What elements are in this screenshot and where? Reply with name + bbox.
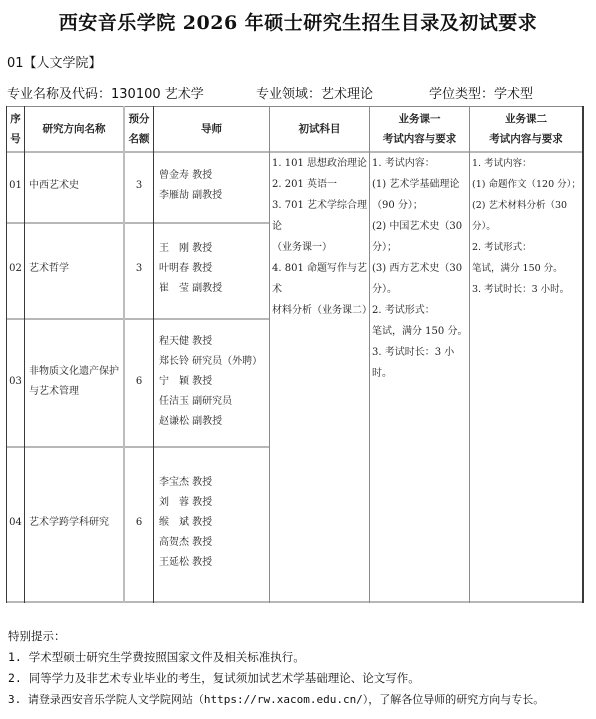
subject-line: 2. 201 英语一 [272, 174, 369, 195]
supervisor: 王 刚 教授 [159, 239, 269, 259]
row-supervisors: 程天健 教授 郑长铃 研究员（外聘） 宁 颖 教授 任洁玉 副研究员 赵谦松 副… [159, 332, 269, 432]
row-seq: 04 [7, 513, 24, 533]
note-item: 2. 同等学力及非艺术专业毕业的考生，复试须加试艺术学基础理论、论文写作。 [8, 668, 544, 689]
row-direction: 非物质文化遗产保护 与艺术管理 [29, 362, 123, 402]
row-direction: 中西艺术史 [29, 176, 123, 196]
row-quota: 6 [125, 513, 153, 533]
table-border-top [6, 106, 584, 107]
header-course1: 业务课一 考试内容与要求 [370, 109, 469, 149]
supervisor: 任洁玉 副研究员 [159, 392, 269, 412]
notes-heading: 特别提示： [8, 626, 544, 647]
course1-line: (1) 艺术学基础理论 [372, 174, 469, 195]
admission-catalog-table: 序 号 研究方向名称 预分 名额 导师 初试科目 业务课一 考试内容与要求 业务… [0, 0, 596, 719]
col-divider-quota [153, 106, 154, 603]
course2-line: (2) 艺术材料分析（30 分）。 [472, 195, 584, 237]
header-seq-line2: 号 [7, 129, 24, 149]
note-item: 3. 请登录西安音乐学院人文学院网站（https://rw.xacom.edu.… [8, 689, 544, 710]
col-divider-course1 [469, 106, 470, 603]
row-divider-2 [6, 318, 270, 320]
col-divider-subjects [369, 106, 370, 603]
supervisor: 李宝杰 教授 [159, 473, 269, 493]
course1-requirements: 1. 考试内容： (1) 艺术学基础理论 （90 分）； (2) 中国艺术史（3… [372, 153, 469, 384]
header-quota: 预分 名额 [125, 109, 153, 149]
header-course2-line2: 考试内容与要求 [470, 129, 582, 149]
header-supervisor: 导师 [154, 119, 269, 139]
col-divider-supervisor [269, 106, 270, 603]
supervisor: 郑长铃 研究员（外聘） [159, 352, 269, 372]
row-supervisors: 李宝杰 教授 刘 蓉 教授 缑 斌 教授 高贺杰 教授 王延松 教授 [159, 473, 269, 573]
row-seq: 02 [7, 259, 24, 279]
subject-line: 4. 801 命题写作与艺术 [272, 258, 369, 300]
course2-line: 3. 考试时长：3 小时。 [472, 279, 584, 300]
col-divider-seq [24, 106, 25, 603]
course2-line: 2. 考试形式： [472, 237, 584, 258]
supervisor: 崔 莹 副教授 [159, 279, 269, 299]
row-quota: 6 [125, 372, 153, 392]
course1-line: 2. 考试形式： [372, 300, 469, 321]
course1-line: 分）。 [372, 279, 469, 300]
supervisor: 赵谦松 副教授 [159, 412, 269, 432]
subject-line: （业务课一） [272, 237, 369, 258]
supervisor: 缑 斌 教授 [159, 513, 269, 533]
supervisor: 刘 蓉 教授 [159, 493, 269, 513]
header-course1-line2: 考试内容与要求 [370, 129, 469, 149]
header-quota-line2: 名额 [125, 129, 153, 149]
course1-line: (3) 西方艺术史（30 [372, 258, 469, 279]
subject-line: 1. 101 思想政治理论 [272, 153, 369, 174]
special-notes: 特别提示： 1. 学术型硕士研究生学费按照国家文件及相关标准执行。 2. 同等学… [8, 626, 544, 710]
course2-requirements: 1. 考试内容： (1) 命题作文（120 分）； (2) 艺术材料分析（30 … [472, 153, 584, 300]
course1-line: (2) 中国艺术史（30 [372, 216, 469, 237]
supervisor: 曾金寿 教授 [159, 166, 269, 186]
course1-line: 3. 考试时长：3 小时。 [372, 342, 469, 384]
row-direction-line2: 与艺术管理 [29, 382, 123, 402]
header-direction: 研究方向名称 [25, 119, 123, 139]
header-course2-line1: 业务课二 [470, 109, 582, 129]
row-divider-3 [6, 446, 270, 448]
supervisor: 宁 颖 教授 [159, 372, 269, 392]
course2-line: 笔试，满分 150 分。 [472, 258, 584, 279]
row-direction: 艺术哲学 [29, 259, 123, 279]
row-supervisors: 王 刚 教授 叶明春 教授 崔 莹 副教授 [159, 239, 269, 299]
header-course1-line1: 业务课一 [370, 109, 469, 129]
course1-line: 分）； [372, 237, 469, 258]
table-border-bottom [6, 601, 584, 603]
header-seq-line1: 序 [7, 109, 24, 129]
row-seq: 01 [7, 176, 24, 196]
row-direction: 艺术学跨学科研究 [29, 513, 123, 533]
header-seq: 序 号 [7, 109, 24, 149]
supervisor: 程天健 教授 [159, 332, 269, 352]
row-quota: 3 [125, 176, 153, 196]
header-course2: 业务课二 考试内容与要求 [470, 109, 582, 149]
supervisor: 李雁劼 副教授 [159, 186, 269, 206]
row-supervisors: 曾金寿 教授 李雁劼 副教授 [159, 166, 269, 206]
header-subjects: 初试科目 [270, 119, 369, 139]
course2-line: (1) 命题作文（120 分）； [472, 174, 584, 195]
row-seq: 03 [7, 372, 24, 392]
exam-subjects: 1. 101 思想政治理论 2. 201 英语一 3. 701 艺术学综合理论 … [272, 153, 369, 321]
row-divider-1 [6, 222, 270, 224]
supervisor: 王延松 教授 [159, 553, 269, 573]
supervisor: 叶明春 教授 [159, 259, 269, 279]
subject-line: 3. 701 艺术学综合理论 [272, 195, 369, 237]
course1-line: （90 分）； [372, 195, 469, 216]
header-quota-line1: 预分 [125, 109, 153, 129]
course1-line: 1. 考试内容： [372, 153, 469, 174]
row-quota: 3 [125, 259, 153, 279]
subject-line: 材料分析（业务课二） [272, 300, 369, 321]
note-item: 1. 学术型硕士研究生学费按照国家文件及相关标准执行。 [8, 647, 544, 668]
supervisor: 高贺杰 教授 [159, 533, 269, 553]
course1-line: 笔试，满分 150 分。 [372, 321, 469, 342]
course2-line: 1. 考试内容： [472, 153, 584, 174]
row-direction-line1: 非物质文化遗产保护 [29, 362, 123, 382]
